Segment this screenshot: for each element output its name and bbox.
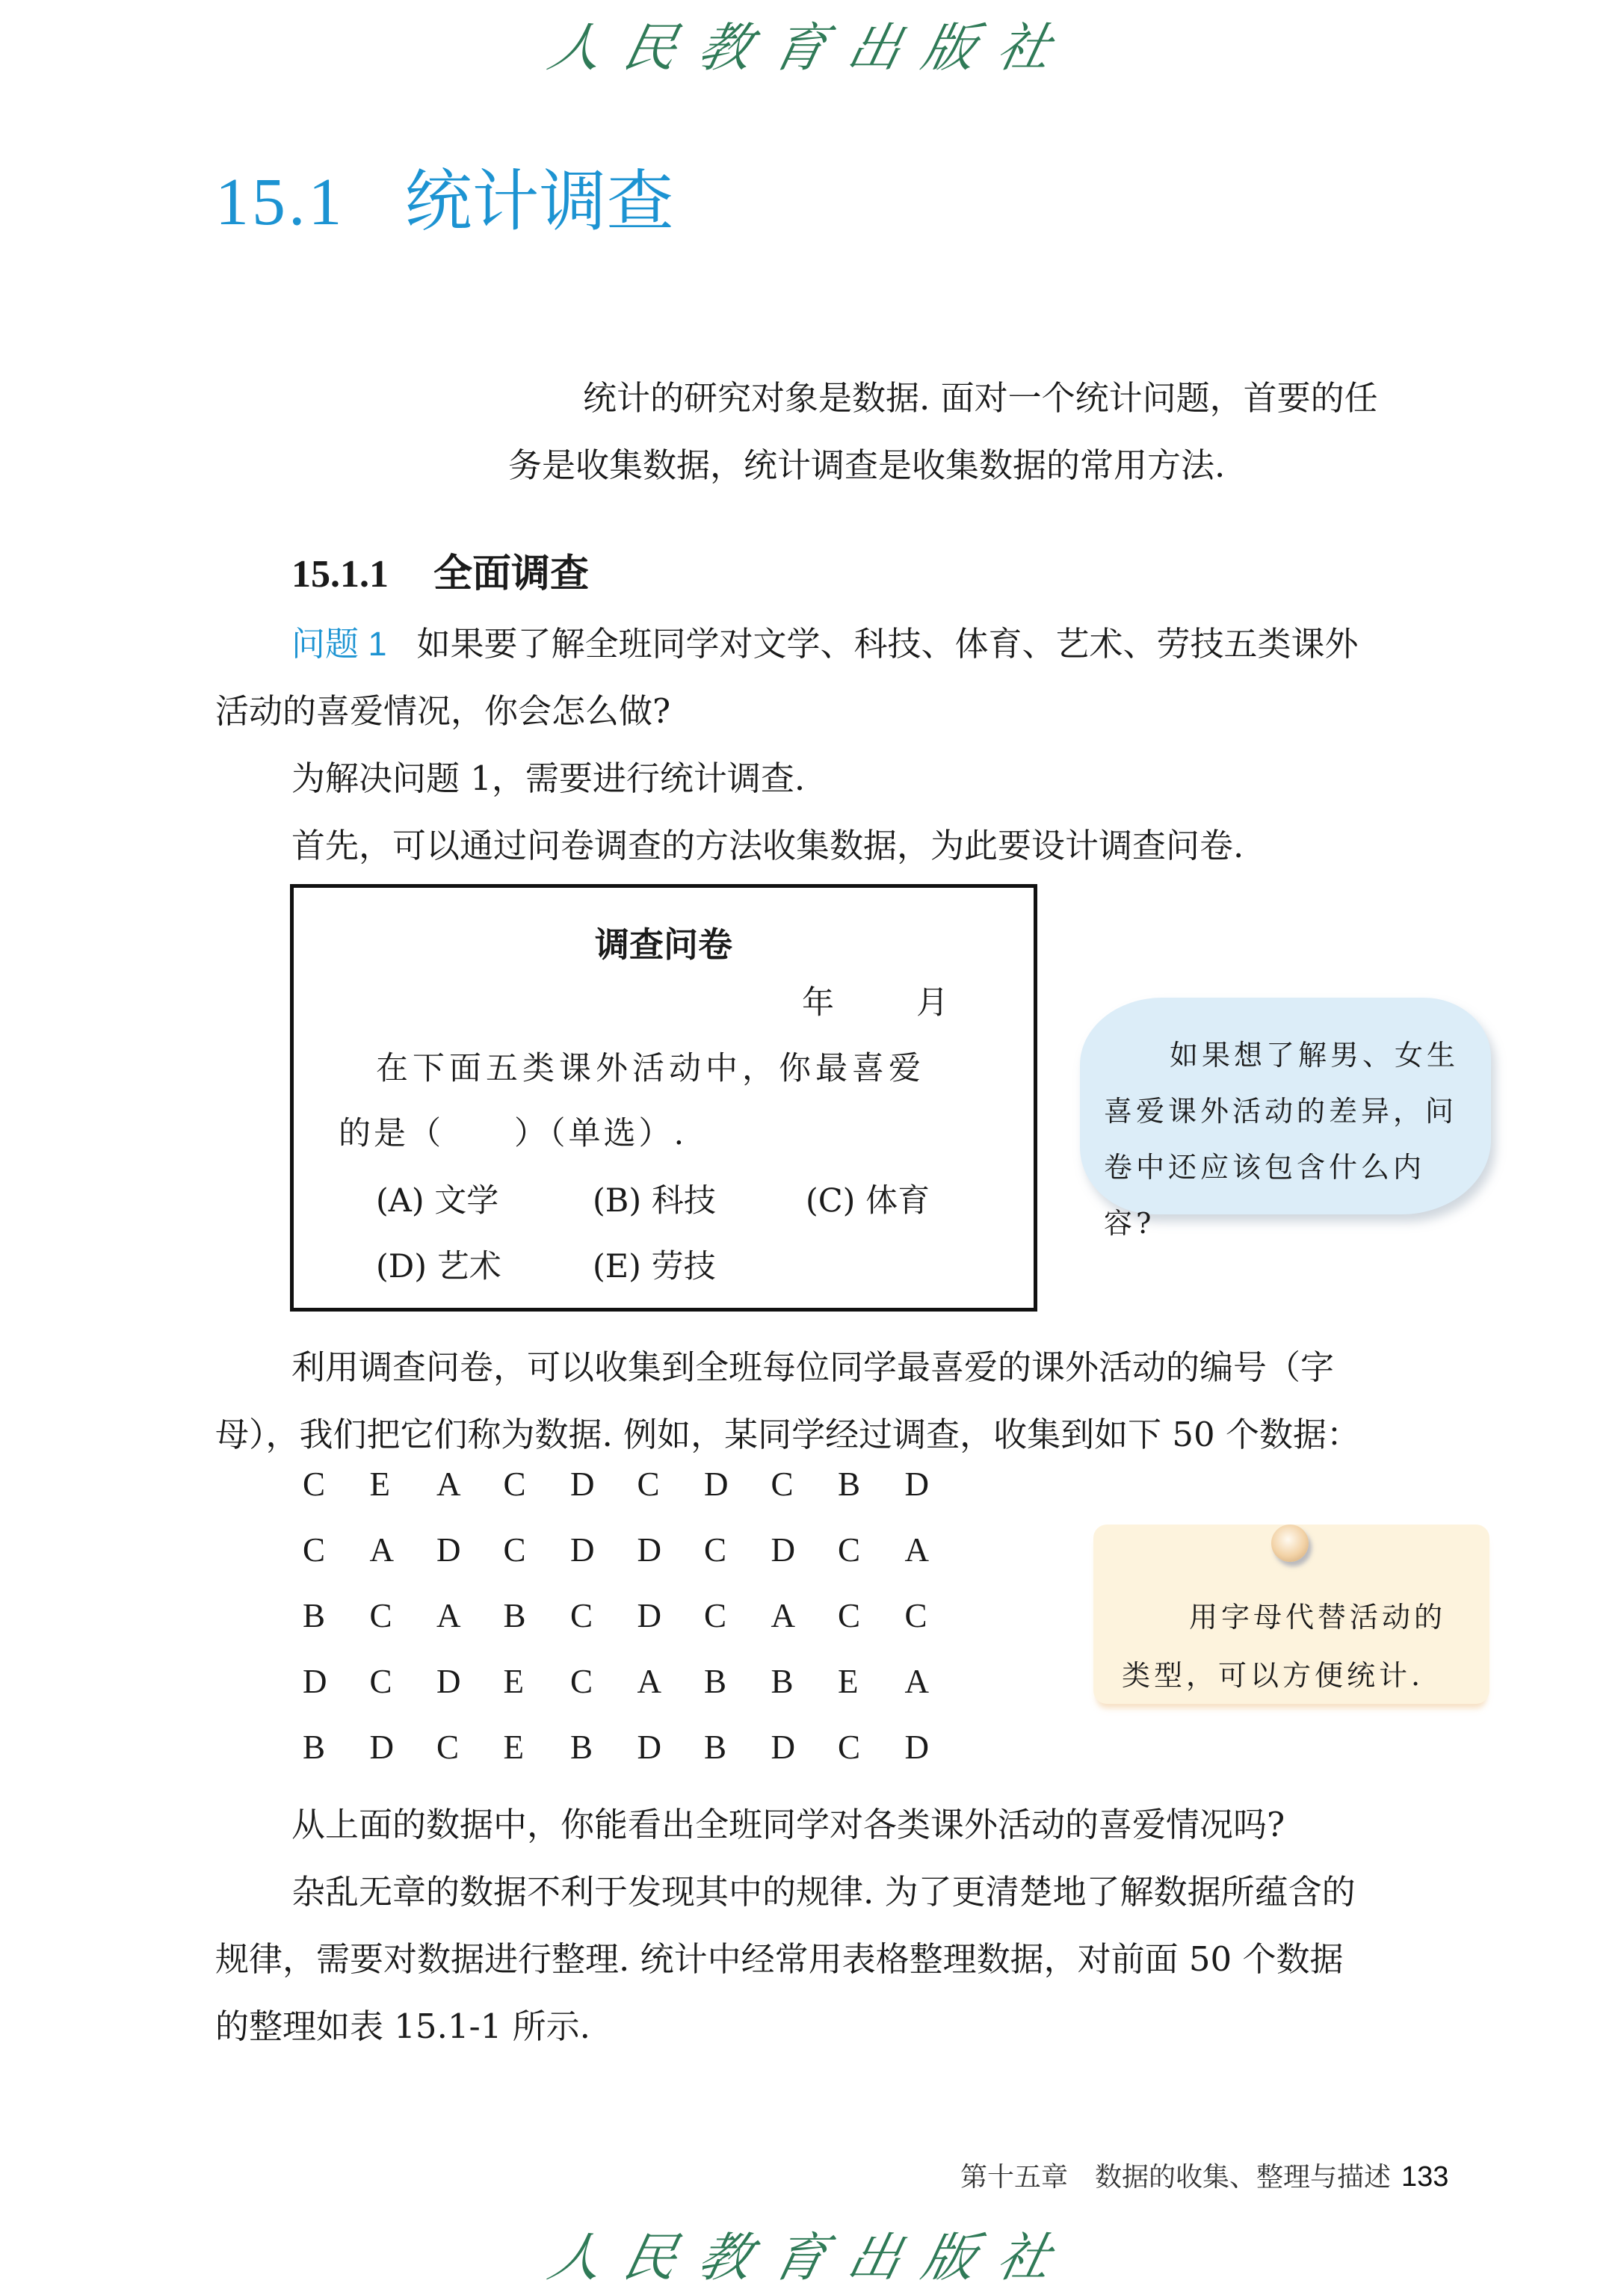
option-e: (E) 劳技 bbox=[593, 1241, 806, 1287]
date-month-label: 月 bbox=[916, 977, 948, 1023]
option-b: (B) 科技 bbox=[593, 1176, 806, 1221]
questionnaire-prompt-1: 在下面五类课外活动中，你最喜爱 bbox=[376, 1043, 925, 1089]
closing-line-2: 规律，需要对数据进行整理. 统计中经常用表格整理数据，对前面 50 个数据 bbox=[215, 1926, 1508, 1993]
footer-chapter: 第十五章 bbox=[960, 2162, 1068, 2193]
thought-cloud-note: 如果想了解男、女生喜爱课外活动的差异，问卷中还应该包含什么内容? bbox=[1080, 998, 1491, 1214]
option-c: (C) 体育 bbox=[806, 1176, 930, 1221]
intro-line-1: 统计的研究对象是数据. 面对一个统计问题，首要的任 bbox=[508, 365, 1517, 432]
sticky-note: 用字母代替活动的类型，可以方便统计. bbox=[1093, 1525, 1489, 1704]
problem-1: 问题 1如果要了解全班同学对文学、科技、体育、艺术、劳技五类课外 活动的喜爱情况… bbox=[215, 611, 1508, 880]
footer-chapter-title: 数据的收集、整理与描述 bbox=[1095, 2162, 1391, 2193]
note-line-1: 用字母代替活动的 bbox=[1122, 1588, 1473, 1646]
cloud-text: 如果想了解男、女生喜爱课外活动的差异，问卷中还应该包含什么内容? bbox=[1104, 1028, 1470, 1252]
data-row: CEACDCDCBD bbox=[303, 1465, 972, 1530]
paragraph: 利用调查问卷，可以收集到全班每位同学最喜爱的课外活动的编号（字 bbox=[215, 1334, 1508, 1401]
closing-question: 从上面的数据中，你能看出全班同学对各类课外活动的喜爱情况吗? bbox=[215, 1791, 1508, 1859]
publisher-logo-top: 人民教育出版社 bbox=[0, 6, 1624, 81]
publisher-logo-bottom: 人民教育出版社 bbox=[0, 2216, 1624, 2291]
paragraph: 首先，可以通过问卷调查的方法收集数据，为此要设计调查问卷. bbox=[215, 812, 1508, 880]
data-intro: 利用调查问卷，可以收集到全班每位同学最喜爱的课外活动的编号（字 母），我们把它们… bbox=[215, 1334, 1508, 1468]
sticky-note-text: 用字母代替活动的类型，可以方便统计. bbox=[1122, 1588, 1473, 1705]
questionnaire-prompt-2: 的是（ ）（单选）. bbox=[339, 1108, 687, 1154]
cloud-line-1: 如果想了解男、女生 bbox=[1104, 1028, 1470, 1084]
chapter-number: 15.1 bbox=[215, 165, 345, 239]
problem-text-1: 如果要了解全班同学对文学、科技、体育、艺术、劳技五类课外 bbox=[417, 624, 1359, 664]
chapter-title: 15.1统计调查 bbox=[215, 161, 674, 244]
option-a: (A) 文学 bbox=[376, 1176, 593, 1221]
chapter-title-text: 统计调查 bbox=[405, 162, 674, 241]
data-row: CADCDDCDCA bbox=[303, 1530, 972, 1596]
pushpin-icon bbox=[1271, 1525, 1309, 1562]
questionnaire-title: 调查问卷 bbox=[294, 918, 1034, 967]
section-heading: 15.1.1全面调查 bbox=[291, 542, 589, 598]
section-title: 全面调查 bbox=[433, 552, 589, 596]
options-row-1: (A) 文学(B) 科技(C) 体育 bbox=[376, 1176, 930, 1221]
paragraph: 母），我们把它们称为数据. 例如，某同学经过调查，收集到如下 50 个数据： bbox=[215, 1401, 1508, 1468]
data-row: DCDECABBEA bbox=[303, 1662, 972, 1728]
page-number: 133 bbox=[1401, 2161, 1448, 2193]
closing-text: 从上面的数据中，你能看出全班同学对各类课外活动的喜爱情况吗? 杂乱无章的数据不利… bbox=[215, 1791, 1508, 2060]
closing-line-3: 的整理如表 15.1-1 所示. bbox=[215, 1993, 1508, 2060]
closing-line-1: 杂乱无章的数据不利于发现其中的规律. 为了更清楚地了解数据所蕴含的 bbox=[215, 1859, 1508, 1926]
options-row-2: (D) 艺术(E) 劳技 bbox=[376, 1241, 806, 1287]
cloud-line-2: 喜爱课外活动的差异，问卷中还应该包含什么内容? bbox=[1104, 1095, 1457, 1240]
date-year-label: 年 bbox=[802, 977, 834, 1023]
data-row: BCABCDCACC bbox=[303, 1596, 972, 1662]
note-line-2: 类型，可以方便统计. bbox=[1122, 1659, 1424, 1692]
questionnaire-date: 年月 bbox=[802, 977, 948, 1023]
questionnaire-box: 调查问卷 年月 在下面五类课外活动中，你最喜爱 的是（ ）（单选）. (A) 文… bbox=[290, 884, 1037, 1312]
page-footer: 第十五章数据的收集、整理与描述133 bbox=[960, 2156, 1448, 2194]
problem-text-2: 活动的喜爱情况，你会怎么做? bbox=[215, 678, 1508, 745]
chapter-intro: 统计的研究对象是数据. 面对一个统计问题，首要的任 务是收集数据，统计调查是收集… bbox=[508, 365, 1517, 499]
data-grid: CEACDCDCBD CADCDDCDCA BCABCDCACC DCDECAB… bbox=[303, 1465, 972, 1794]
data-row: BDCEBDBDCD bbox=[303, 1728, 972, 1794]
paragraph: 为解决问题 1，需要进行统计调查. bbox=[215, 745, 1508, 812]
option-d: (D) 艺术 bbox=[376, 1241, 593, 1287]
intro-line-2: 务是收集数据，统计调查是收集数据的常用方法. bbox=[508, 432, 1517, 499]
problem-label: 问题 1 bbox=[291, 625, 387, 663]
section-number: 15.1.1 bbox=[291, 553, 389, 596]
